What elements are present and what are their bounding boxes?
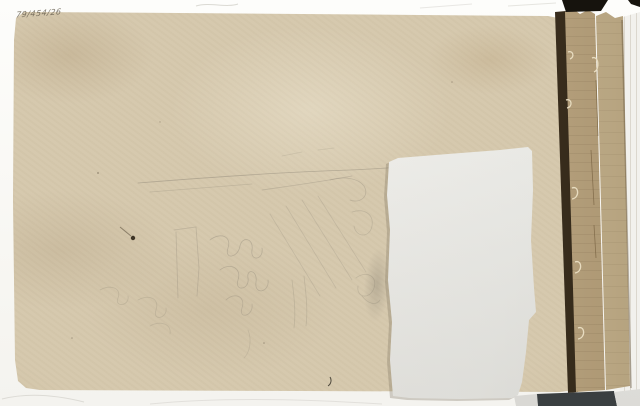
photograph-of-sketchbook: 79/454/26 <box>0 0 640 406</box>
binding-detail-layer <box>0 0 640 406</box>
